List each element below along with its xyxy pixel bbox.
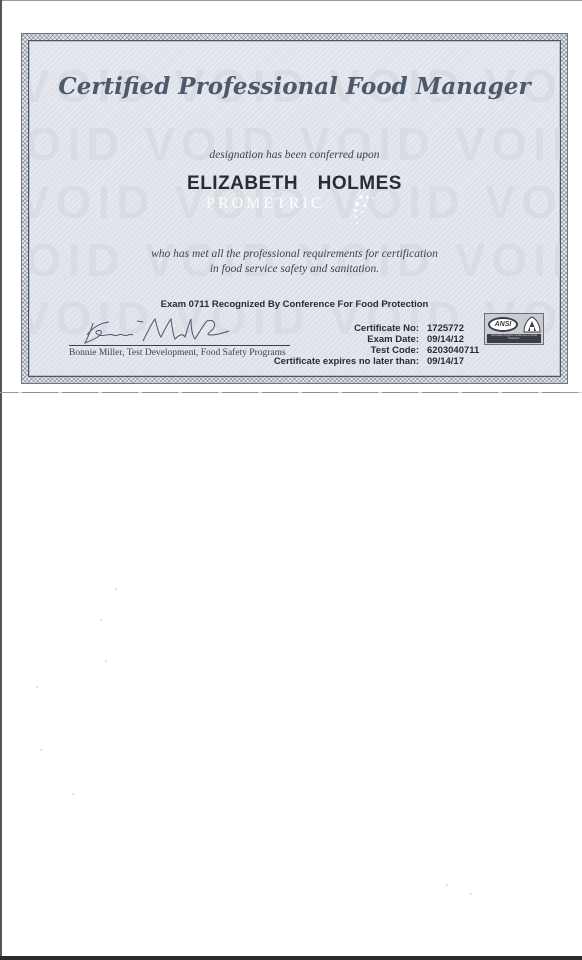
signature-line: [69, 345, 290, 346]
certificate-title: Certified Professional Food Manager: [29, 73, 560, 100]
paper-speck: [115, 588, 117, 590]
requirements-text: who has met all the professional require…: [29, 247, 560, 277]
detail-label: Exam Date:: [259, 334, 427, 345]
paper-speck: [40, 749, 42, 751]
paper-speck: [100, 619, 102, 621]
detail-value: 6203040711: [427, 345, 489, 356]
paper-speck: [470, 893, 472, 895]
detail-exam-date: Exam Date: 09/14/12: [259, 334, 489, 345]
certificate-inner-panel: VOID VOID VOID VOID VOID VOID VOID VOID …: [28, 40, 561, 377]
requirements-line-1: who has met all the professional require…: [29, 247, 560, 262]
exam-recognition: Exam 0711 Recognized By Conference For F…: [29, 299, 560, 310]
conferred-text: designation has been conferred upon: [29, 149, 560, 161]
detail-label: Test Code:: [259, 345, 427, 356]
detail-test-code: Test Code: 6203040711: [259, 345, 489, 356]
ansi-seal-icon: ANSI: [488, 317, 518, 332]
paper-speck: [72, 793, 74, 795]
detail-value: 1725772: [427, 323, 489, 334]
paper-speck: [105, 660, 107, 662]
detail-expiration: Certificate expires no later than: 09/14…: [259, 356, 489, 367]
detail-value: 09/14/12: [427, 334, 489, 345]
paper-speck: [446, 884, 448, 886]
scan-edge-bottom: [0, 956, 582, 960]
cfp-seal-icon: [522, 316, 542, 333]
scan-edge-top: [0, 0, 582, 1]
certificate-details: Certificate No: 1725772 Exam Date: 09/14…: [259, 323, 489, 367]
prometric-watermark: PROMETRIC: [206, 195, 325, 213]
accreditation-badges: ANSI Accredited Program Conference for F…: [484, 313, 544, 345]
detail-certificate-no: Certificate No: 1725772: [259, 323, 489, 334]
signature-icon: [79, 313, 259, 349]
paper-speck: [36, 686, 38, 688]
recipient-name: ELIZABETH HOLMES: [29, 173, 560, 195]
requirements-line-2: in food service safety and sanitation.: [29, 262, 560, 277]
prometric-dots-icon: [351, 193, 381, 227]
signatory-name: Bonnie Miller, Test Development, Food Sa…: [69, 348, 286, 358]
detail-label: Certificate No:: [259, 323, 427, 334]
badge-caption: Accredited Program Conference for Food P…: [487, 334, 541, 343]
scan-edge-left: [0, 0, 2, 960]
page-fold-line: [0, 392, 582, 393]
certificate: VOID VOID VOID VOID VOID VOID VOID VOID …: [21, 33, 568, 384]
detail-label: Certificate expires no later than:: [259, 356, 427, 367]
detail-value: 09/14/17: [427, 356, 489, 367]
